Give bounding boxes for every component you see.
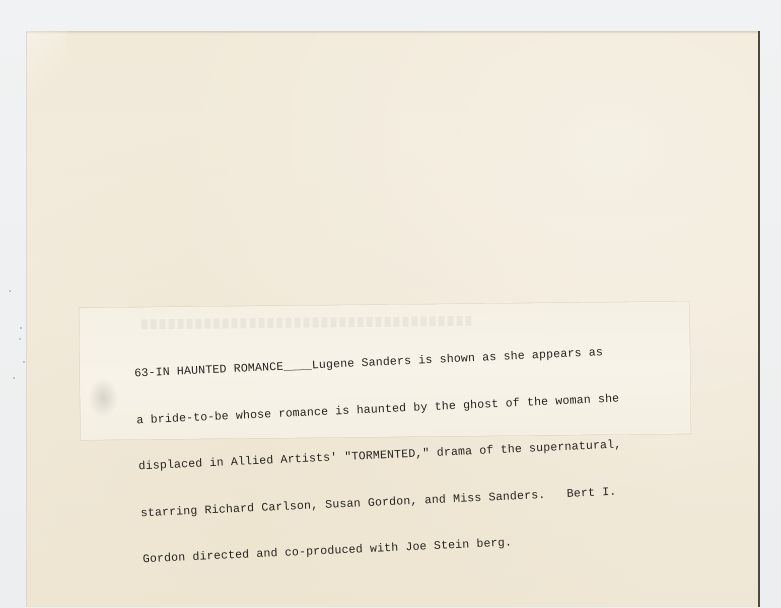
caption-strip: 63-IN HAUNTED ROMANCE____Lugene Sanders … <box>79 302 690 440</box>
smudge <box>88 378 118 418</box>
caption-line: starring Richard Carlson, Susan Gordon, … <box>140 480 700 521</box>
caption-text: 63-IN HAUNTED ROMANCE____Lugene Sanders … <box>133 310 704 599</box>
caption-line: displaced in Allied Artists' "TORMENTED,… <box>138 434 698 475</box>
dust-speck <box>9 290 11 292</box>
caption-line: Gordon directed and co-produced with Joe… <box>142 527 702 568</box>
dust-speck <box>19 338 21 340</box>
dust-speck <box>23 361 25 363</box>
dust-speck <box>13 377 15 379</box>
caption-line: a bride-to-be whose romance is haunted b… <box>136 387 696 428</box>
corner-fold <box>27 31 67 111</box>
dust-speck <box>20 327 22 329</box>
caption-line: 63-IN HAUNTED ROMANCE____Lugene Sanders … <box>134 341 694 382</box>
